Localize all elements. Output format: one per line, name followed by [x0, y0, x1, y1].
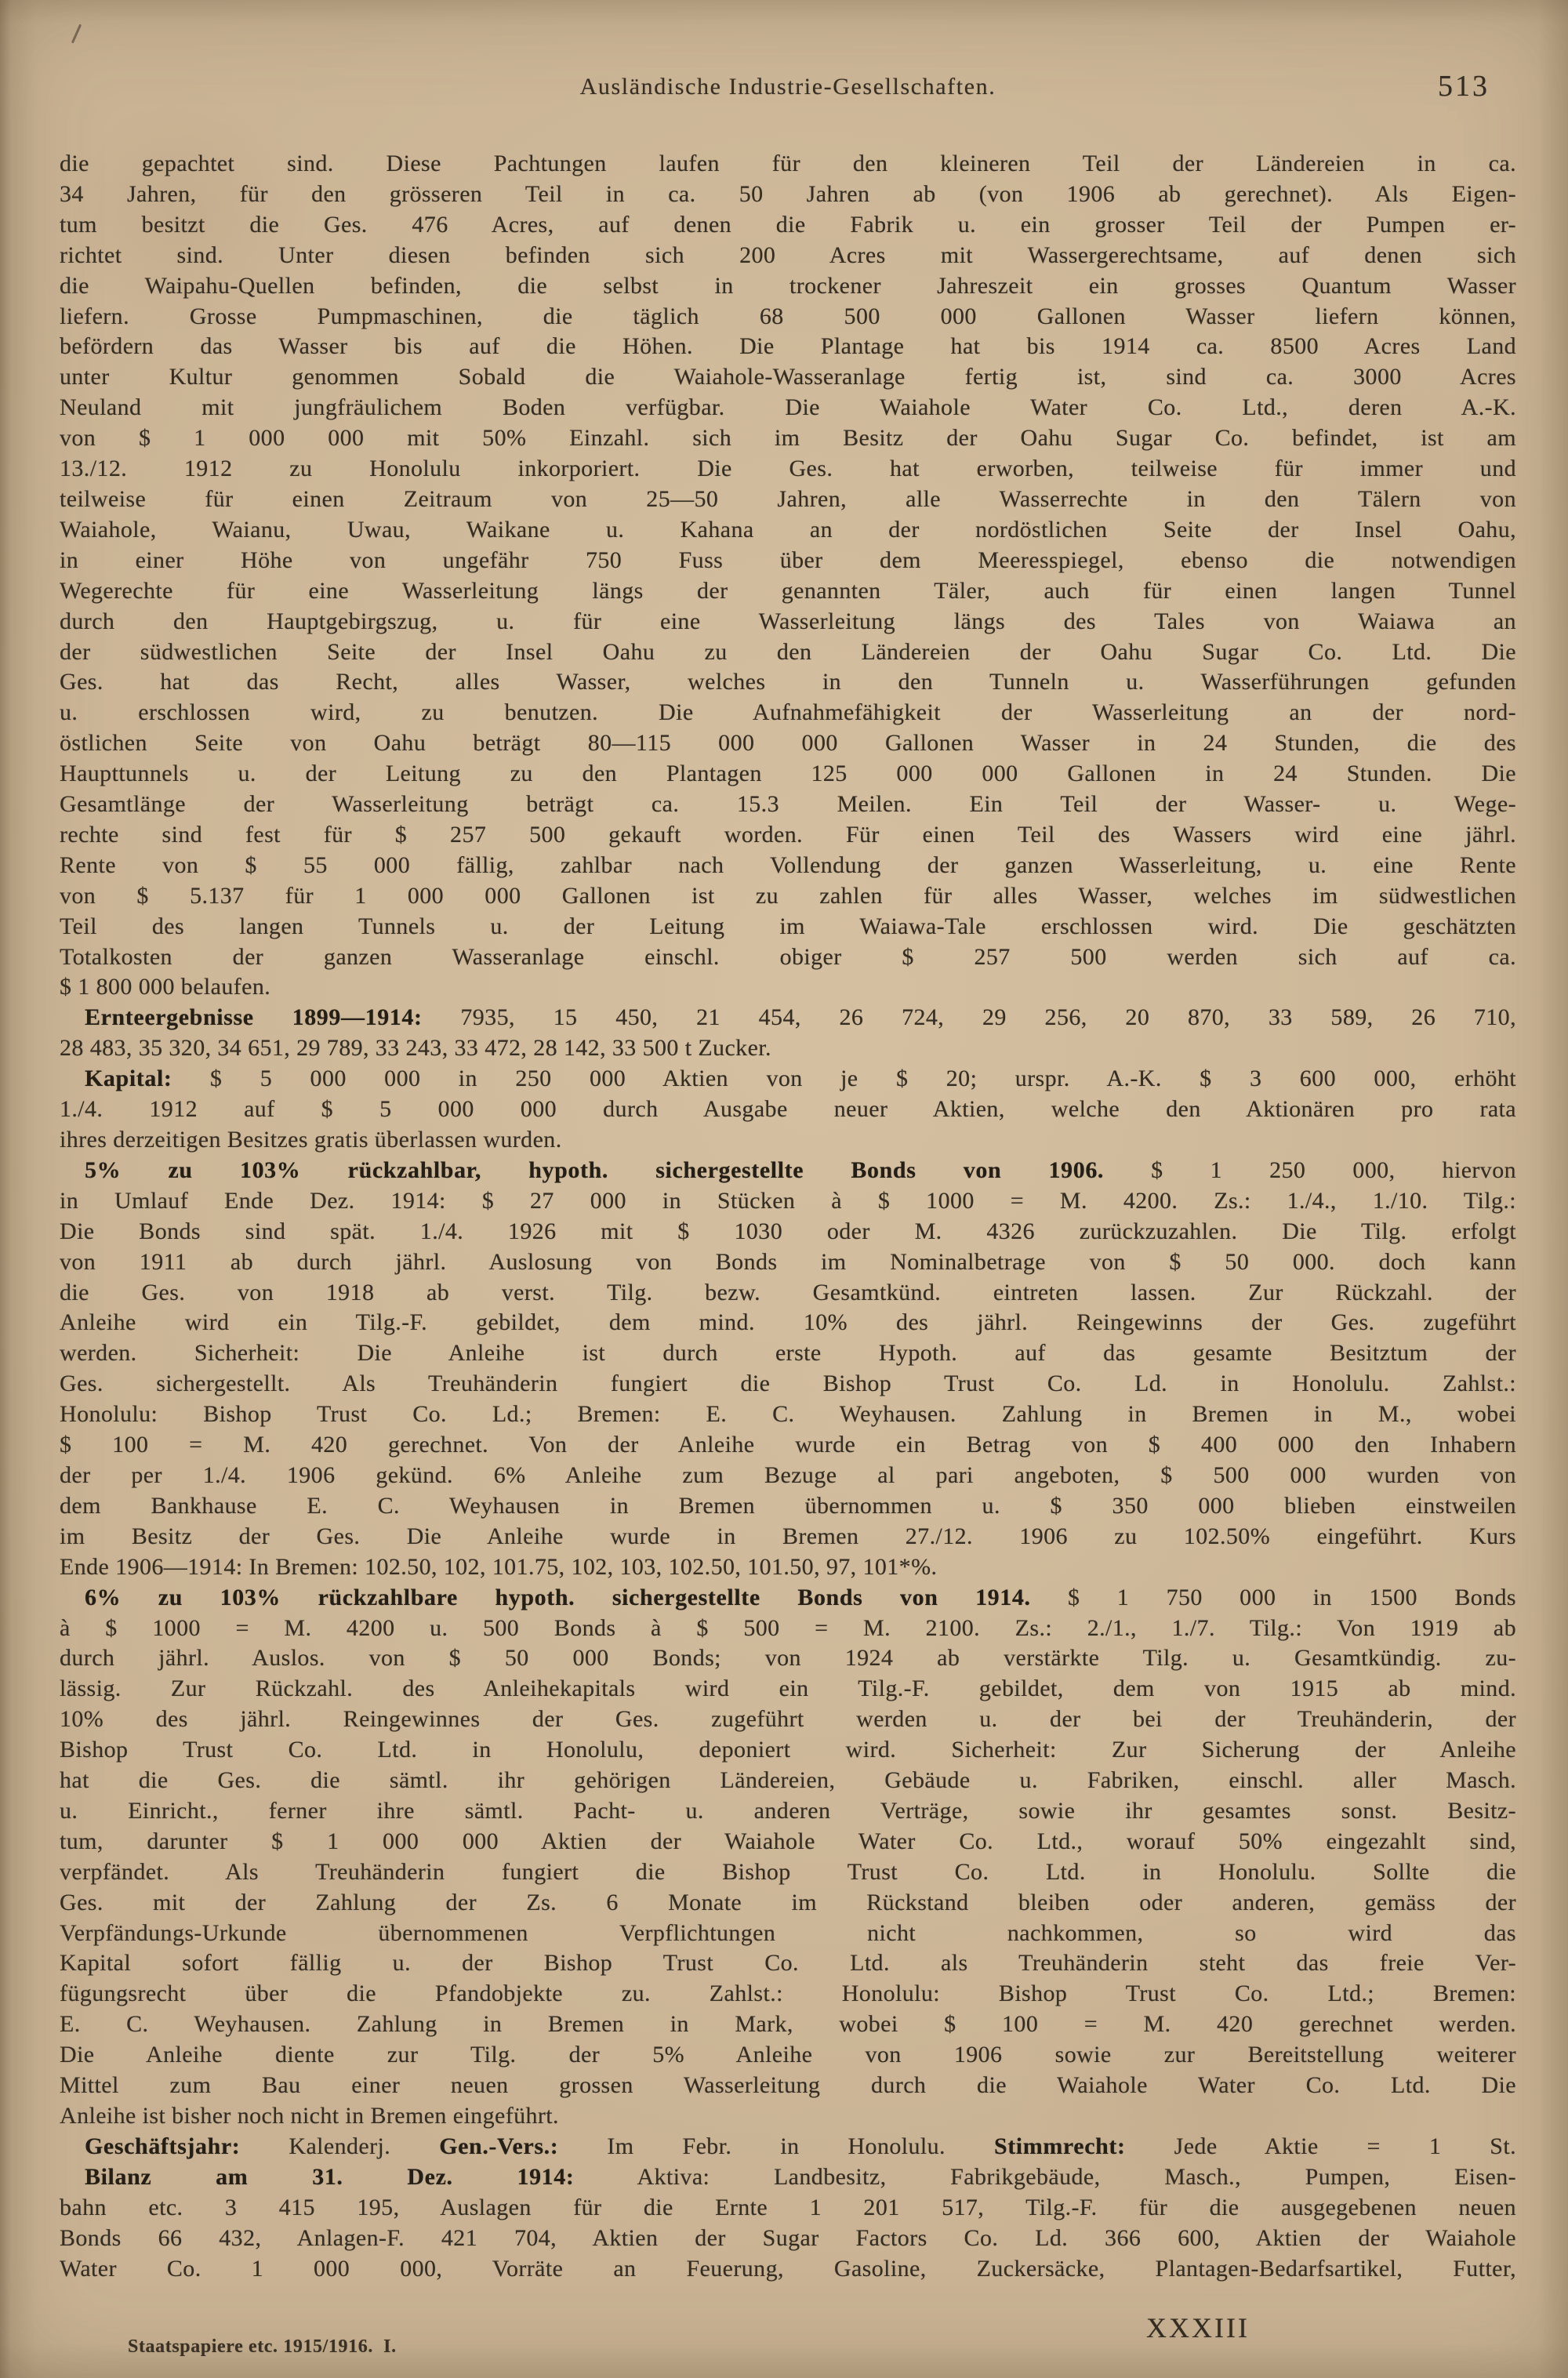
text-line: 34 Jahren, für den grösseren Teil in ca.… [60, 180, 1516, 210]
text-line: tum, darunter $ 1 000 000 Aktien der Wai… [60, 1827, 1516, 1857]
footer-signature: Staatspapiere etc. 1915/1916. I. [128, 2336, 397, 2358]
text-line: Geschäftsjahr: Kalenderj. Gen.-Vers.: Im… [60, 2132, 1516, 2162]
text-line: Haupttunnels u. der Leitung zu den Plant… [60, 759, 1516, 790]
page-header: Ausländische Industrie-Gesellschaften. 5… [60, 74, 1516, 108]
text-line: Bishop Trust Co. Ltd. in Honolulu, depon… [60, 1735, 1516, 1766]
text-line: tum besitzt die Ges. 476 Acres, auf dene… [60, 210, 1516, 241]
text-line: richtet sind. Unter diesen befinden sich… [60, 241, 1516, 271]
text-line: verpfändet. Als Treuhänderin fungiert di… [60, 1857, 1516, 1888]
text-line: liefern. Grosse Pumpmaschinen, die tägli… [60, 302, 1516, 332]
text-line: 6% zu 103% rückzahlbare hypoth. sicherge… [60, 1583, 1516, 1614]
text-line: Teil des langen Tunnels u. der Leitung i… [60, 912, 1516, 942]
text-line: Neuland mit jungfräulichem Boden verfügb… [60, 393, 1516, 423]
text-line: in einer Höhe von ungefähr 750 Fuss über… [60, 546, 1516, 576]
paragraph-geschaeftsjahr-stimmrecht: Geschäftsjahr: Kalenderj. Gen.-Vers.: Im… [60, 2132, 1516, 2162]
paragraph-bonds-1914: 6% zu 103% rückzahlbare hypoth. sicherge… [60, 1583, 1516, 2132]
text-line: Bilanz am 31. Dez. 1914: Aktiva: Landbes… [60, 2162, 1516, 2193]
text-line: Ges. mit der Zahlung der Zs. 6 Monate im… [60, 1888, 1516, 1919]
text-line: E. C. Weyhausen. Zahlung in Bremen in Ma… [60, 2010, 1516, 2040]
body-text: die gepachtet sind. Diese Pachtungen lau… [60, 149, 1516, 2284]
text-line: 13./12. 1912 zu Honolulu inkorporiert. D… [60, 454, 1516, 485]
text-line: Ernteergebnisse 1899—1914: 7935, 15 450,… [60, 1003, 1516, 1033]
page-number: 513 [1438, 69, 1490, 103]
text-line: u. erschlossen wird, zu benutzen. Die Au… [60, 698, 1516, 728]
text-line: Kapital sofort fällig u. der Bishop Trus… [60, 1948, 1516, 1979]
text-line: die Ges. von 1918 ab verst. Tilg. bezw. … [60, 1278, 1516, 1309]
text-line: teilweise für einen Zeitraum von 25—50 J… [60, 485, 1516, 515]
text-line: Die Bonds sind spät. 1./4. 1926 mit $ 10… [60, 1217, 1516, 1247]
text-line: Ges. hat das Recht, alles Wasser, welche… [60, 667, 1516, 698]
text-line: $ 1 800 000 belaufen. [60, 972, 1516, 1003]
text-line: Die Anleihe diente zur Tilg. der 5% Anle… [60, 2040, 1516, 2071]
paragraph-bilanz-1914: Bilanz am 31. Dez. 1914: Aktiva: Landbes… [60, 2162, 1516, 2285]
text-line: die gepachtet sind. Diese Pachtungen lau… [60, 149, 1516, 180]
text-line: Anleihe wird ein Tilg.-F. gebildet, dem … [60, 1308, 1516, 1338]
text-line: rechte sind fest für $ 257 500 gekauft w… [60, 820, 1516, 851]
text-line: werden. Sicherheit: Die Anleihe ist durc… [60, 1338, 1516, 1369]
paragraph-kapital: Kapital: $ 5 000 000 in 250 000 Aktien v… [60, 1064, 1516, 1156]
text-line: fügungsrecht über die Pfandobjekte zu. Z… [60, 1979, 1516, 2010]
paragraph-bonds-1906: 5% zu 103% rückzahlbar, hypoth. sicherge… [60, 1156, 1516, 1583]
text-line: Ges. sichergestellt. Als Treuhänderin fu… [60, 1369, 1516, 1400]
text-line: lässig. Zur Rückzahl. des Anleihekapital… [60, 1674, 1516, 1705]
text-line: Anleihe ist bisher noch nicht in Bremen … [60, 2101, 1516, 2132]
text-line: der südwestlichen Seite der Insel Oahu z… [60, 637, 1516, 668]
text-line: dem Bankhause E. C. Weyhausen in Bremen … [60, 1491, 1516, 1522]
text-line: unter Kultur genommen Sobald die Waiahol… [60, 362, 1516, 393]
text-line: von $ 1 000 000 mit 50% Einzahl. sich im… [60, 423, 1516, 454]
text-line: in Umlauf Ende Dez. 1914: $ 27 000 in St… [60, 1186, 1516, 1217]
text-line: u. Einricht., ferner ihre sämtl. Pacht- … [60, 1796, 1516, 1827]
text-line: östlichen Seite von Oahu beträgt 80—115 … [60, 728, 1516, 759]
text-line: durch den Hauptgebirgszug, u. für eine W… [60, 607, 1516, 637]
text-line: Water Co. 1 000 000, Vorräte an Feuerung… [60, 2254, 1516, 2285]
text-line: Gesamtlänge der Wasserleitung beträgt ca… [60, 790, 1516, 820]
text-line: Wegerechte für eine Wasserleitung längs … [60, 576, 1516, 607]
text-line: durch jährl. Auslos. von $ 50 000 Bonds;… [60, 1643, 1516, 1674]
text-line: Bonds 66 432, Anlagen-F. 421 704, Aktien… [60, 2224, 1516, 2254]
text-line: bahn etc. 3 415 195, Auslagen für die Er… [60, 2193, 1516, 2224]
text-line: Kapital: $ 5 000 000 in 250 000 Aktien v… [60, 1064, 1516, 1095]
text-line: befördern das Wasser bis auf die Höhen. … [60, 332, 1516, 362]
running-title: Ausländische Industrie-Gesellschaften. [60, 74, 1516, 100]
text-line: à $ 1000 = M. 4200 u. 500 Bonds à $ 500 … [60, 1614, 1516, 1644]
stray-ink-mark [71, 24, 82, 44]
paragraph-ernteergebnisse: Ernteergebnisse 1899—1914: 7935, 15 450,… [60, 1003, 1516, 1064]
text-line: Totalkosten der ganzen Wasseranlage eins… [60, 942, 1516, 973]
book-page: Ausländische Industrie-Gesellschaften. 5… [0, 0, 1568, 2378]
text-line: Waiahole, Waianu, Uwau, Waikane u. Kahan… [60, 515, 1516, 546]
text-line: von $ 5.137 für 1 000 000 Gallonen ist z… [60, 881, 1516, 912]
text-line: hat die Ges. die sämtl. ihr gehörigen Lä… [60, 1766, 1516, 1796]
text-line: Rente von $ 55 000 fällig, zahlbar nach … [60, 851, 1516, 881]
text-line: $ 100 = M. 420 gerechnet. Von der Anleih… [60, 1430, 1516, 1461]
footer-sheet-mark: XXXIII [1146, 2311, 1250, 2344]
text-line: Honolulu: Bishop Trust Co. Ld.; Bremen: … [60, 1400, 1516, 1430]
text-line: der per 1./4. 1906 gekünd. 6% Anleihe zu… [60, 1461, 1516, 1491]
text-line: Ende 1906—1914: In Bremen: 102.50, 102, … [60, 1552, 1516, 1583]
text-line: Verpfändungs-Urkunde übernommenen Verpfl… [60, 1919, 1516, 1949]
text-line: Mittel zum Bau einer neuen grossen Wasse… [60, 2071, 1516, 2101]
text-line: im Besitz der Ges. Die Anleihe wurde in … [60, 1522, 1516, 1552]
text-line: von 1911 ab durch jährl. Auslosung von B… [60, 1247, 1516, 1278]
text-line: 28 483, 35 320, 34 651, 29 789, 33 243, … [60, 1033, 1516, 1064]
text-line: 5% zu 103% rückzahlbar, hypoth. sicherge… [60, 1156, 1516, 1186]
text-line: 1./4. 1912 auf $ 5 000 000 durch Ausgabe… [60, 1095, 1516, 1125]
text-line: die Waipahu-Quellen befinden, die selbst… [60, 271, 1516, 302]
text-line: 10% des jährl. Reingewinnes der Ges. zug… [60, 1705, 1516, 1735]
paragraph-intro-continuation: die gepachtet sind. Diese Pachtungen lau… [60, 149, 1516, 1003]
text-line: ihres derzeitigen Besitzes gratis überla… [60, 1125, 1516, 1156]
